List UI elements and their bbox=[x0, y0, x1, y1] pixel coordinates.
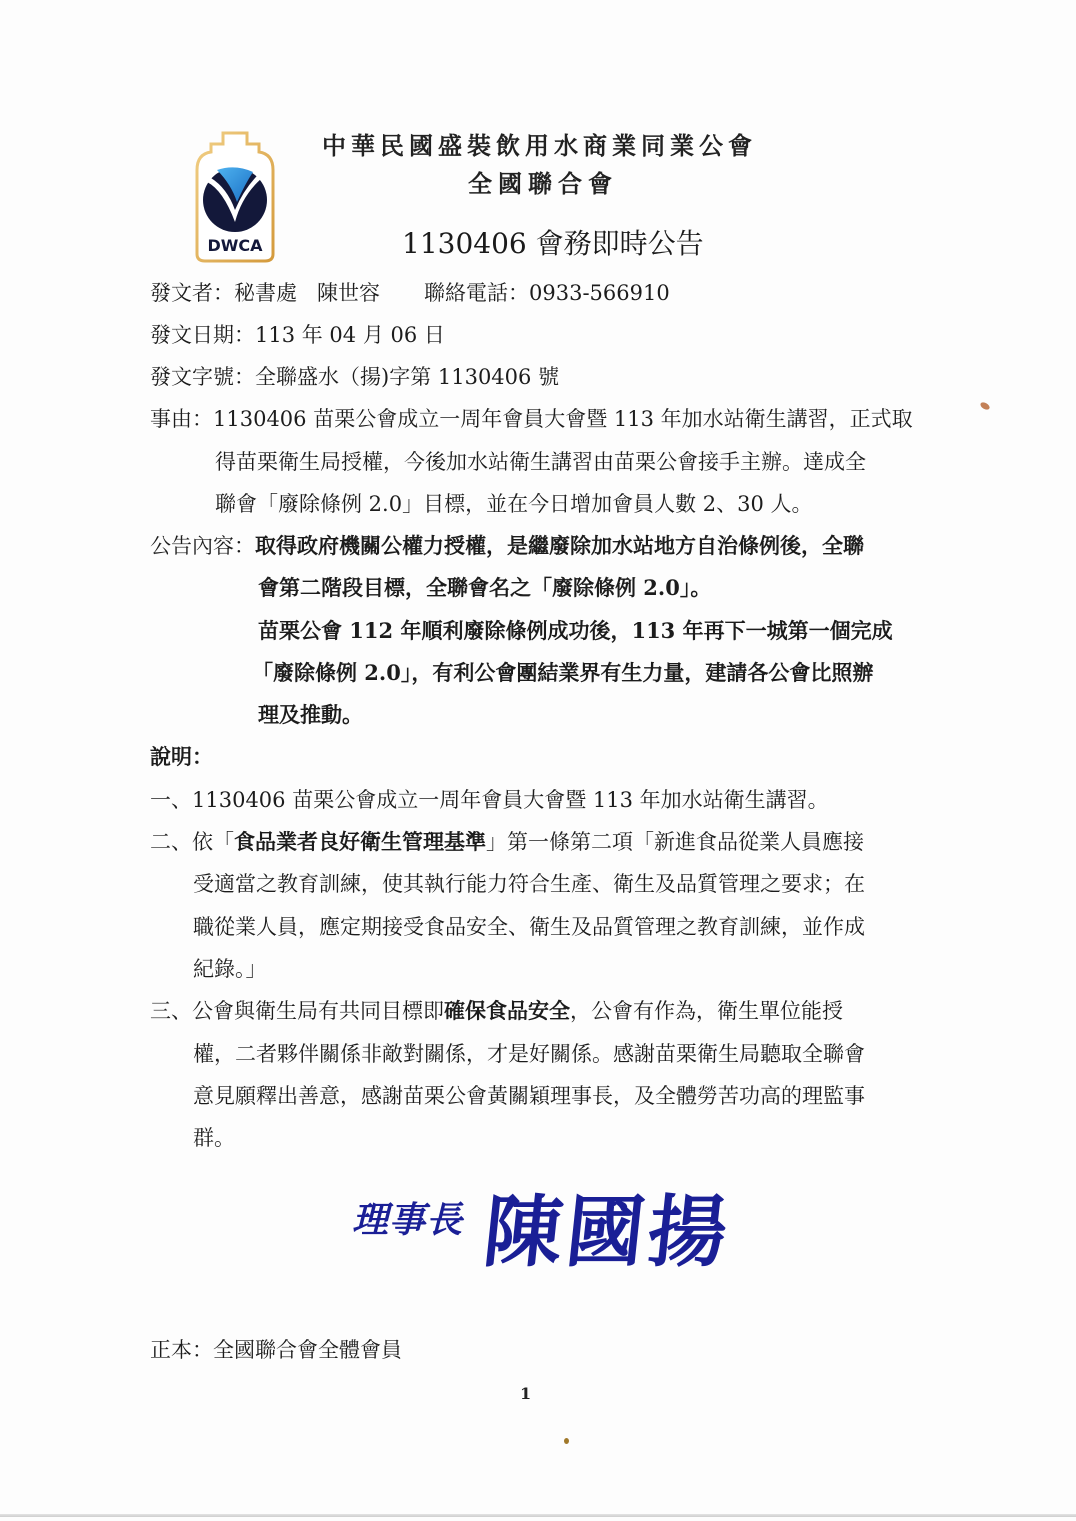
svg-text:DWCA: DWCA bbox=[207, 236, 263, 255]
announcement-line-3: 苗栗公會 112 年順利廢除條例成功後，113 年再下一城第一個完成 bbox=[258, 618, 893, 644]
document-page: DWCA 中華民國盛裝飲用水商業同業公會 全國聯合會 1130406 會務即時公… bbox=[0, 0, 1076, 1521]
item-marker: 一、 bbox=[150, 788, 192, 812]
item-text: ，公會有作為，衛生單位能授 bbox=[570, 999, 843, 1023]
organization-name: 中華民國盛裝飲用水商業同業公會 bbox=[322, 126, 754, 161]
cc-line: 正本：全國聯合會全體會員 bbox=[150, 1337, 402, 1363]
announcement-text: 取得政府機關公權力授權，是繼廢除加水站地方自治條例後，全聯 bbox=[255, 533, 864, 558]
regulation-name: 食品業者良好衛生管理基準 bbox=[234, 829, 486, 854]
explanation-heading: 說明： bbox=[150, 744, 213, 770]
announcement-line-2: 會第二階段目標，全聯會名之「廢除條例 2.0」。 bbox=[258, 575, 711, 601]
dwca-logo: DWCA bbox=[193, 130, 277, 264]
phone-label: 聯絡電話： bbox=[424, 281, 529, 305]
reason-label: 事由： bbox=[150, 407, 213, 431]
cc-recipients: 全國聯合會全體會員 bbox=[213, 1338, 402, 1362]
item-text: 依「 bbox=[192, 830, 234, 854]
doc-number: 全聯盛水（揚)字第 1130406 號 bbox=[255, 365, 559, 389]
announcement-line-4: 「廢除條例 2.0」，有利公會團結業界有生力量，建請各公會比照辦 bbox=[252, 660, 873, 686]
food-safety-emphasis: 確保食品安全 bbox=[444, 998, 570, 1023]
reason-line-3: 聯會「廢除條例 2.0」目標，並在今日增加會員人數 2、30 人。 bbox=[215, 491, 813, 517]
page-number: 1 bbox=[520, 1384, 531, 1403]
item-marker: 二、 bbox=[150, 830, 192, 854]
explanation-item-3-line-4: 群。 bbox=[193, 1125, 235, 1151]
dwca-bottle-logo-icon: DWCA bbox=[193, 130, 277, 264]
explanation-item-3-line-2: 權，二者夥伴關係非敵對關係，才是好關係。感謝苗栗衛生局聽取全聯會 bbox=[193, 1041, 865, 1067]
phone-number: 0933-566910 bbox=[529, 281, 670, 305]
signature-title: 理事長 bbox=[352, 1192, 463, 1243]
date-label: 發文日期： bbox=[150, 323, 255, 347]
announcement-line-1: 公告內容：取得政府機關公權力授權，是繼廢除加水站地方自治條例後，全聯 bbox=[150, 533, 864, 559]
sender-name: 陳世容 bbox=[317, 281, 380, 305]
scan-speck bbox=[564, 1438, 569, 1444]
item-text: 1130406 苗栗公會成立一周年會員大會暨 113 年加水站衛生講習。 bbox=[192, 788, 829, 812]
announcement-label: 公告內容： bbox=[150, 534, 255, 558]
explanation-item-3-line-3: 意見願釋出善意，感謝苗栗公會黃關穎理事長，及全體勞苦功高的理監事 bbox=[193, 1083, 865, 1109]
page-bottom-edge bbox=[0, 1514, 1076, 1517]
explanation-item-3: 三、公會與衛生局有共同目標即確保食品安全，公會有作為，衛生單位能授 bbox=[150, 998, 843, 1024]
explanation-item-1: 一、1130406 苗栗公會成立一周年會員大會暨 113 年加水站衛生講習。 bbox=[150, 787, 829, 813]
doc-number-line: 發文字號：全聯盛水（揚)字第 1130406 號 bbox=[150, 364, 559, 390]
sender-label: 發文者： bbox=[150, 281, 234, 305]
signature-name: 陳國揚 bbox=[479, 1170, 737, 1282]
explanation-item-2-line-4: 紀錄。」 bbox=[193, 956, 267, 982]
reason-text: 1130406 苗栗公會成立一周年會員大會暨 113 年加水站衛生講習，正式取 bbox=[213, 407, 913, 431]
reason-line-1: 事由：1130406 苗栗公會成立一周年會員大會暨 113 年加水站衛生講習，正… bbox=[150, 406, 913, 432]
explanation-item-2: 二、依「食品業者良好衛生管理基準」第一條第二項「新進食品從業人員應接 bbox=[150, 829, 864, 855]
announcement-line-5: 理及推動。 bbox=[258, 702, 363, 728]
scan-speck bbox=[979, 401, 991, 411]
sender-office: 秘書處 bbox=[234, 281, 297, 305]
sender-line: 發文者：秘書處陳世容聯絡電話：0933-566910 bbox=[150, 280, 670, 306]
issue-date: 113 年 04 月 06 日 bbox=[255, 323, 445, 347]
doc-number-label: 發文字號： bbox=[150, 365, 255, 389]
explanation-item-2-line-2: 受適當之教育訓練，使其執行能力符合生產、衛生及品質管理之要求；在 bbox=[193, 871, 865, 897]
reason-line-2: 得苗栗衛生局授權，今後加水站衛生講習由苗栗公會接手主辦。達成全 bbox=[215, 449, 866, 475]
item-text: 公會與衛生局有共同目標即 bbox=[192, 999, 444, 1023]
item-text: 」第一條第二項「新進食品從業人員應接 bbox=[486, 830, 864, 854]
date-line: 發文日期：113 年 04 月 06 日 bbox=[150, 322, 445, 348]
explanation-item-2-line-3: 職從業人員，應定期接受食品安全、衛生及品質管理之教育訓練，並作成 bbox=[193, 914, 865, 940]
document-title: 1130406 會務即時公告 bbox=[402, 222, 704, 262]
organization-subname: 全國聯合會 bbox=[468, 164, 618, 199]
item-marker: 三、 bbox=[150, 999, 192, 1023]
cc-label: 正本： bbox=[150, 1338, 213, 1362]
